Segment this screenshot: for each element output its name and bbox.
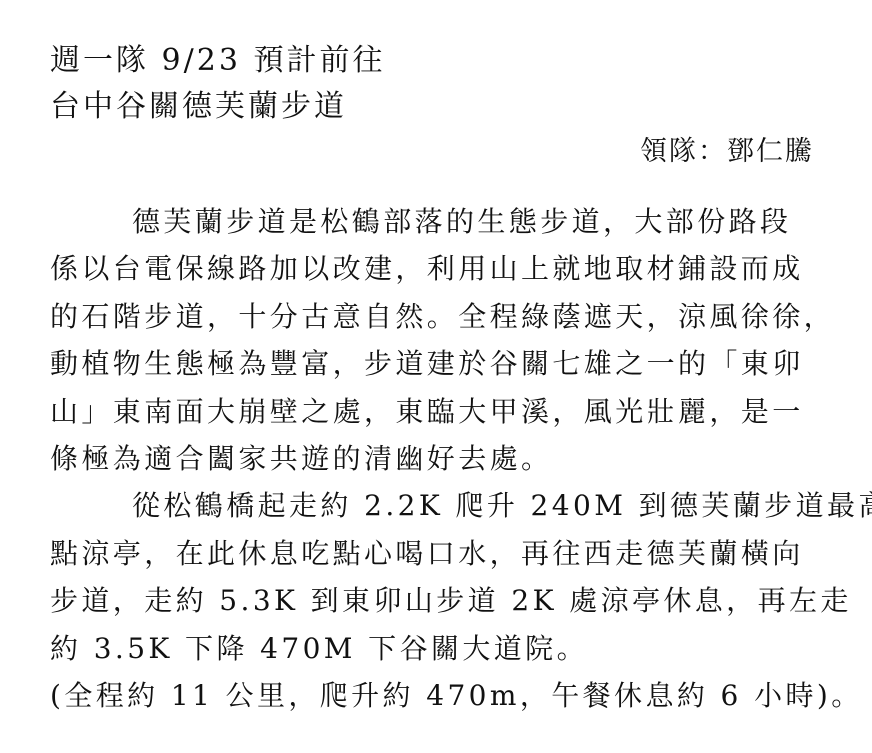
team-leader: 領隊：鄧仁騰 [640,134,814,170]
paragraph-line: 的石階步道，十分古意自然。全程綠蔭遮天，涼風徐徐， [50,293,825,340]
paragraph-line: 德芙蘭步道是松鶴部落的生態步道，大部份路段 [50,198,825,245]
paragraph-line: 山」東南面大崩壁之處，東臨大甲溪，風光壯麗，是一 [50,388,825,435]
paragraph-line: 動植物生態極為豐富，步道建於谷關七雄之一的「東卯 [50,340,825,387]
paragraph-route-plan: 從松鶴橋起走約 2.2K 爬升 240M 到德芙蘭步道最高 點涼亭，在此休息吃點… [50,482,825,719]
route-summary-note: (全程約 11 公里，爬升約 470m，午餐休息約 6 小時)。 [50,672,825,719]
document-title: 週一隊 9/23 預計前往 台中谷關德芙蘭步道 [50,38,385,130]
document-body: 德芙蘭步道是松鶴部落的生態步道，大部份路段 係以台電保線路加以改建，利用山上就地… [50,198,825,719]
title-line-1: 週一隊 9/23 預計前往 [50,38,385,84]
title-line-2: 台中谷關德芙蘭步道 [50,84,385,130]
paragraph-line: 條極為適合闔家共遊的清幽好去處。 [50,435,825,482]
paragraph-line: 點涼亭，在此休息吃點心喝口水，再往西走德芙蘭橫向 [50,530,825,577]
paragraph-trail-description: 德芙蘭步道是松鶴部落的生態步道，大部份路段 係以台電保線路加以改建，利用山上就地… [50,198,825,482]
document-page: 週一隊 9/23 預計前往 台中谷關德芙蘭步道 領隊：鄧仁騰 德芙蘭步道是松鶴部… [0,0,872,753]
paragraph-line: 從松鶴橋起走約 2.2K 爬升 240M 到德芙蘭步道最高 [50,482,825,529]
paragraph-line: 約 3.5K 下降 470M 下谷關大道院。 [50,625,825,672]
paragraph-line: 係以台電保線路加以改建，利用山上就地取材鋪設而成 [50,245,825,292]
paragraph-line: 步道，走約 5.3K 到東卯山步道 2K 處涼亭休息，再左走 [50,577,825,624]
